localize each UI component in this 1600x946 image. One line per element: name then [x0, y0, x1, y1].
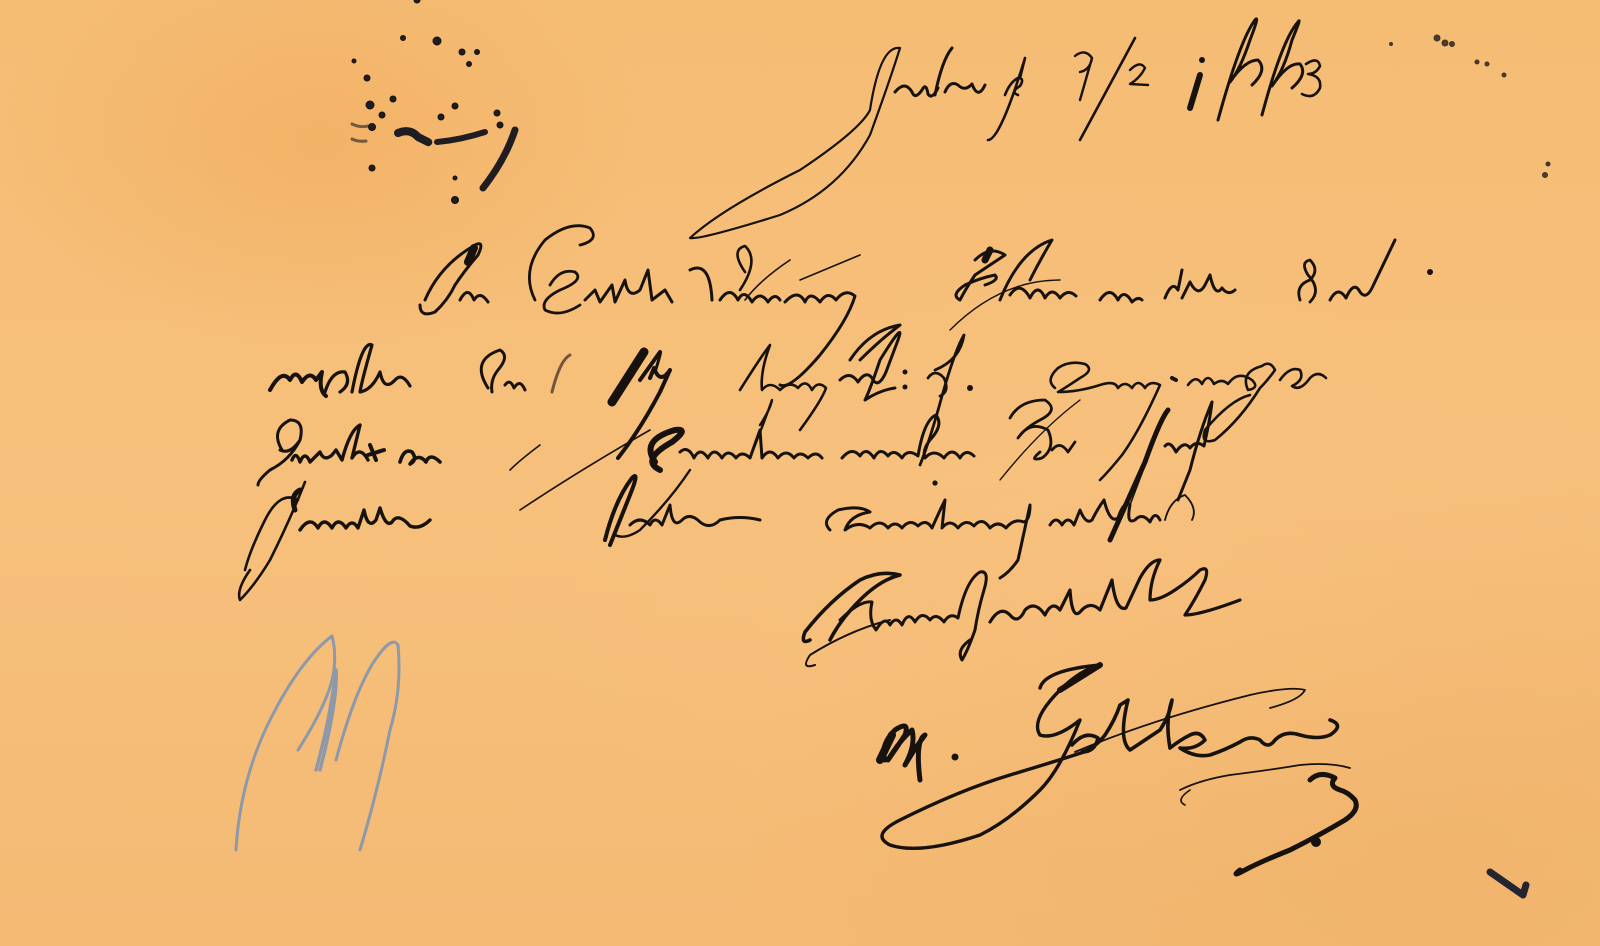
signature-strokes	[880, 665, 1356, 874]
place-date-strokes	[690, 19, 1320, 238]
postcard: Hamburg 9/2 1883 In Erwiderung Ihres w. …	[0, 0, 1600, 946]
body-line-4-strokes	[239, 430, 1194, 600]
body-line-1b-strokes	[950, 240, 1433, 330]
ink-stroke-mark	[1490, 872, 1526, 895]
pencil-mark-strokes	[236, 636, 399, 850]
postmark-icon	[352, 0, 515, 204]
closing-strokes	[803, 560, 1240, 666]
handwriting-strokes	[0, 0, 1600, 946]
postmark-trace-icon	[1390, 35, 1551, 178]
